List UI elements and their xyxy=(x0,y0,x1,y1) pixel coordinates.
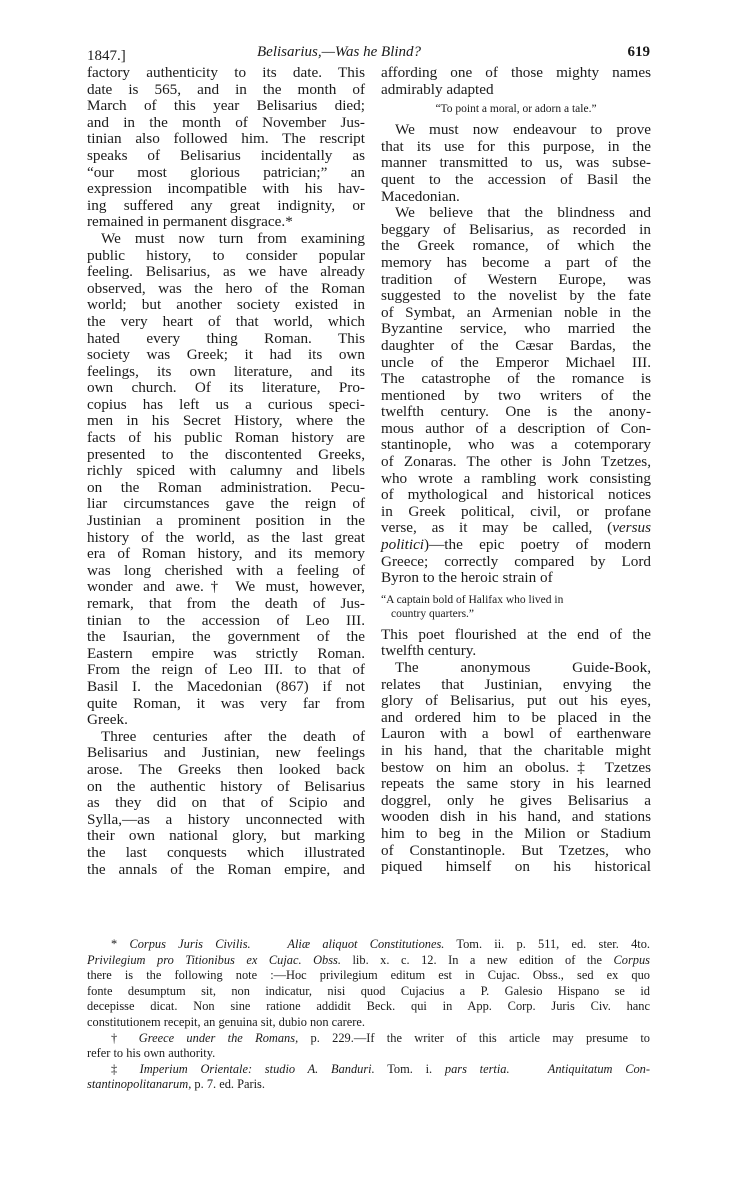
footnote-line: there is the following note :—Hoc privil… xyxy=(87,968,650,984)
text-line: “our most glorious patrician;” an xyxy=(87,165,365,182)
text-line: the Greek romance, of which the xyxy=(381,238,651,255)
text-line: The anonymous Guide-Book, xyxy=(381,660,651,677)
text-line: in Greek political, civil, or profane xyxy=(381,504,651,521)
text-line: Byron to the heroic strain of xyxy=(381,570,651,587)
text-line: as they did on that of Scipio and xyxy=(87,795,365,812)
text-line: society was Greek; it had its own xyxy=(87,347,365,364)
text-line: Byzantine service, who married the xyxy=(381,321,651,338)
text-line: memory has become a part of the xyxy=(381,255,651,272)
text-line: Eastern empire was strictly Roman. xyxy=(87,646,365,663)
text-line: doggrel, only he gives Belisarius a xyxy=(381,793,651,810)
text-line: of Symbat, an Armenian noble in the xyxy=(381,305,651,322)
text-line: uncle of the Emperor Michael III. xyxy=(381,355,651,372)
text-line: men in his Secret History, where the xyxy=(87,413,365,430)
text-line: March of this year Belisarius died; xyxy=(87,98,365,115)
text-line: feeling. Belisarius, as we have already xyxy=(87,264,365,281)
text-line: Macedonian. xyxy=(381,189,651,206)
text-line: feelings, its own literature, and its xyxy=(87,364,365,381)
text-line: Greece; correctly compared by Lord xyxy=(381,554,651,571)
page-number: 619 xyxy=(628,44,651,61)
text-line: manner transmitted to us, was subse- xyxy=(381,155,651,172)
footnote-double-dagger: ‡ Imperium Orientale: studio A. Banduri.… xyxy=(87,1062,650,1078)
text-line: arose. The Greeks then looked back xyxy=(87,762,365,779)
text-line: politici)—the epic poetry of modern xyxy=(381,537,651,554)
block-quote: “To point a moral, or adorn a tale.” xyxy=(381,102,651,116)
text-line: observed, was the hero of the Roman xyxy=(87,281,365,298)
text-line: twelfth century. One is the anony- xyxy=(381,404,651,421)
text-line: and in the month of November Jus- xyxy=(87,115,365,132)
footnote-line: fonte desumptum sit, non indicatur, nisi… xyxy=(87,984,650,1000)
text-line: From the reign of Leo III. to that of xyxy=(87,662,365,679)
text-line: the very heart of that world, which xyxy=(87,314,365,331)
text-line: and ordered him to be placed in the xyxy=(381,710,651,727)
right-column: affording one of those mighty names admi… xyxy=(381,65,651,876)
text-line: We must now turn from examining xyxy=(87,231,365,248)
text-line: liar circumstances gave the reign of xyxy=(87,496,365,513)
text-line: relates that Justinian, envying the xyxy=(381,677,651,694)
text-line: era of Roman history, and its memory xyxy=(87,546,365,563)
text-line: tinian also followed him. The rescript xyxy=(87,131,365,148)
footnote-line: constitutionem recepit, an genuina sit, … xyxy=(87,1015,650,1031)
text-line: We must now endeavour to prove xyxy=(381,122,651,139)
text-line: This poet flourished at the end of the xyxy=(381,627,651,644)
text-line: speaks of Belisarius incidentally as xyxy=(87,148,365,165)
text-line: their own national glory, but marking xyxy=(87,828,365,845)
text-line: history of the world, as the last great xyxy=(87,530,365,547)
document-page: 1847.] Belisarius,—Was he Blind? 619 fac… xyxy=(0,0,750,1179)
text-line: was long cherished with a feeling of xyxy=(87,563,365,580)
text-line: verse, as it may be called, (versus xyxy=(381,520,651,537)
text-line: who wrote a rambling work consisting xyxy=(381,471,651,488)
text-line: of mythological and historical notices xyxy=(381,487,651,504)
text-line: facts of his public Roman history are xyxy=(87,430,365,447)
text-line: that its use for this purpose, in the xyxy=(381,139,651,156)
header-year: 1847.] xyxy=(87,48,126,65)
text-line: own church. Of its literature, Pro- xyxy=(87,380,365,397)
text-line: mous author of a description of Con- xyxy=(381,421,651,438)
text-line: daughter of the Cæsar Bardas, the xyxy=(381,338,651,355)
text-line: tinian to the accession of Leo III. xyxy=(87,613,365,630)
text-line: repeats the same story in his learned xyxy=(381,776,651,793)
text-line: remained in permanent disgrace.* xyxy=(87,214,365,231)
text-line: expression incompatible with his hav- xyxy=(87,181,365,198)
footnote-line: decepisse dicat. Non sine ratione addidi… xyxy=(87,999,650,1015)
text-line: Lauron with a bowl of earthenware xyxy=(381,726,651,743)
text-line: We believe that the blindness and xyxy=(381,205,651,222)
text-line: richly spiced with calumny and libels xyxy=(87,463,365,480)
footnote-line: refer to his own authority. xyxy=(87,1046,650,1062)
text-line: Belisarius and Justinian, new feelings xyxy=(87,745,365,762)
text-line: Basil I. the Macedonian (867) if not xyxy=(87,679,365,696)
text-line: Justinian a prominent position in the xyxy=(87,513,365,530)
text-line: on the authentic history of Belisarius xyxy=(87,779,365,796)
text-line: bestow on him an obolus.‡ Tzetzes xyxy=(381,760,651,777)
italic-term: politici xyxy=(381,536,424,553)
text-line: him to beg in the Milion or Stadium xyxy=(381,826,651,843)
footnotes: * Corpus Juris Civilis. Aliæ aliquot Con… xyxy=(87,937,650,1093)
text-line: of Constantinople. But Tzetzes, who xyxy=(381,843,651,860)
text-line: of Zonaras. The other is John Tzetzes, xyxy=(381,454,651,471)
running-header: 1847.] Belisarius,—Was he Blind? 619 xyxy=(87,44,650,64)
text-line: on the Roman administration. Pecu- xyxy=(87,480,365,497)
text-line: Three centuries after the death of xyxy=(87,729,365,746)
text-line: ing suffered any great indignity, or xyxy=(87,198,365,215)
text-line: tradition of Western Europe, was xyxy=(381,272,651,289)
text-line: Greek. xyxy=(87,712,365,729)
footnote-line: stantinopolitanarum, p. 7. ed. Paris. xyxy=(87,1077,650,1093)
text-line: mentioned by two writers of the xyxy=(381,388,651,405)
block-quote: “A captain bold of Halifax who lived in xyxy=(381,593,651,607)
footnote-dagger: † Greece under the Romans, p. 229.—If th… xyxy=(87,1031,650,1047)
text-line: admirably adapted xyxy=(381,82,651,99)
text-line: Sylla,—as a history unconnected with xyxy=(87,812,365,829)
running-title: Belisarius,—Was he Blind? xyxy=(257,44,421,61)
text-line: quent to the accession of Basil the xyxy=(381,172,651,189)
text-line: piqued himself on his historical xyxy=(381,859,651,876)
text-line: copius has left us a curious speci- xyxy=(87,397,365,414)
italic-term: versus xyxy=(612,519,651,536)
text-line: quite Roman, it was very far from xyxy=(87,696,365,713)
text-line: world; but another society existed in xyxy=(87,297,365,314)
block-quote: country quarters.” xyxy=(381,607,651,621)
text-line: affording one of those mighty names xyxy=(381,65,651,82)
text-line: the annals of the Roman empire, and xyxy=(87,862,365,879)
text-line: stantinople, who was a cotemporary xyxy=(381,437,651,454)
text-line: factory authenticity to its date. This xyxy=(87,65,365,82)
text-line: the Isaurian, the government of the xyxy=(87,629,365,646)
text-line: twelfth century. xyxy=(381,643,651,660)
text-line: hated every thing Roman. This xyxy=(87,331,365,348)
text-line: public history, to consider popular xyxy=(87,248,365,265)
text-line: the last conquests which illustrated xyxy=(87,845,365,862)
text-line: The catastrophe of the romance is xyxy=(381,371,651,388)
text-line: wooden dish in his hand, and stations xyxy=(381,809,651,826)
text-line: wonder and awe.† We must, however, xyxy=(87,579,365,596)
left-column: factory authenticity to its date. Thisda… xyxy=(87,65,365,878)
text-line: glory of Belisarius, put out his eyes, xyxy=(381,693,651,710)
footnote-line: Privilegium pro Titionibus ex Cujac. Obs… xyxy=(87,953,650,969)
text-line: suggested to the novelist by the fate xyxy=(381,288,651,305)
text-line: beggary of Belisarius, as recorded in xyxy=(381,222,651,239)
text-line: remark, that from the death of Jus- xyxy=(87,596,365,613)
text-line: in his hand, that the charitable might xyxy=(381,743,651,760)
text-line: date is 565, and in the month of xyxy=(87,82,365,99)
text-line: presented to the discontented Greeks, xyxy=(87,447,365,464)
footnote-star: * Corpus Juris Civilis. Aliæ aliquot Con… xyxy=(87,937,650,953)
